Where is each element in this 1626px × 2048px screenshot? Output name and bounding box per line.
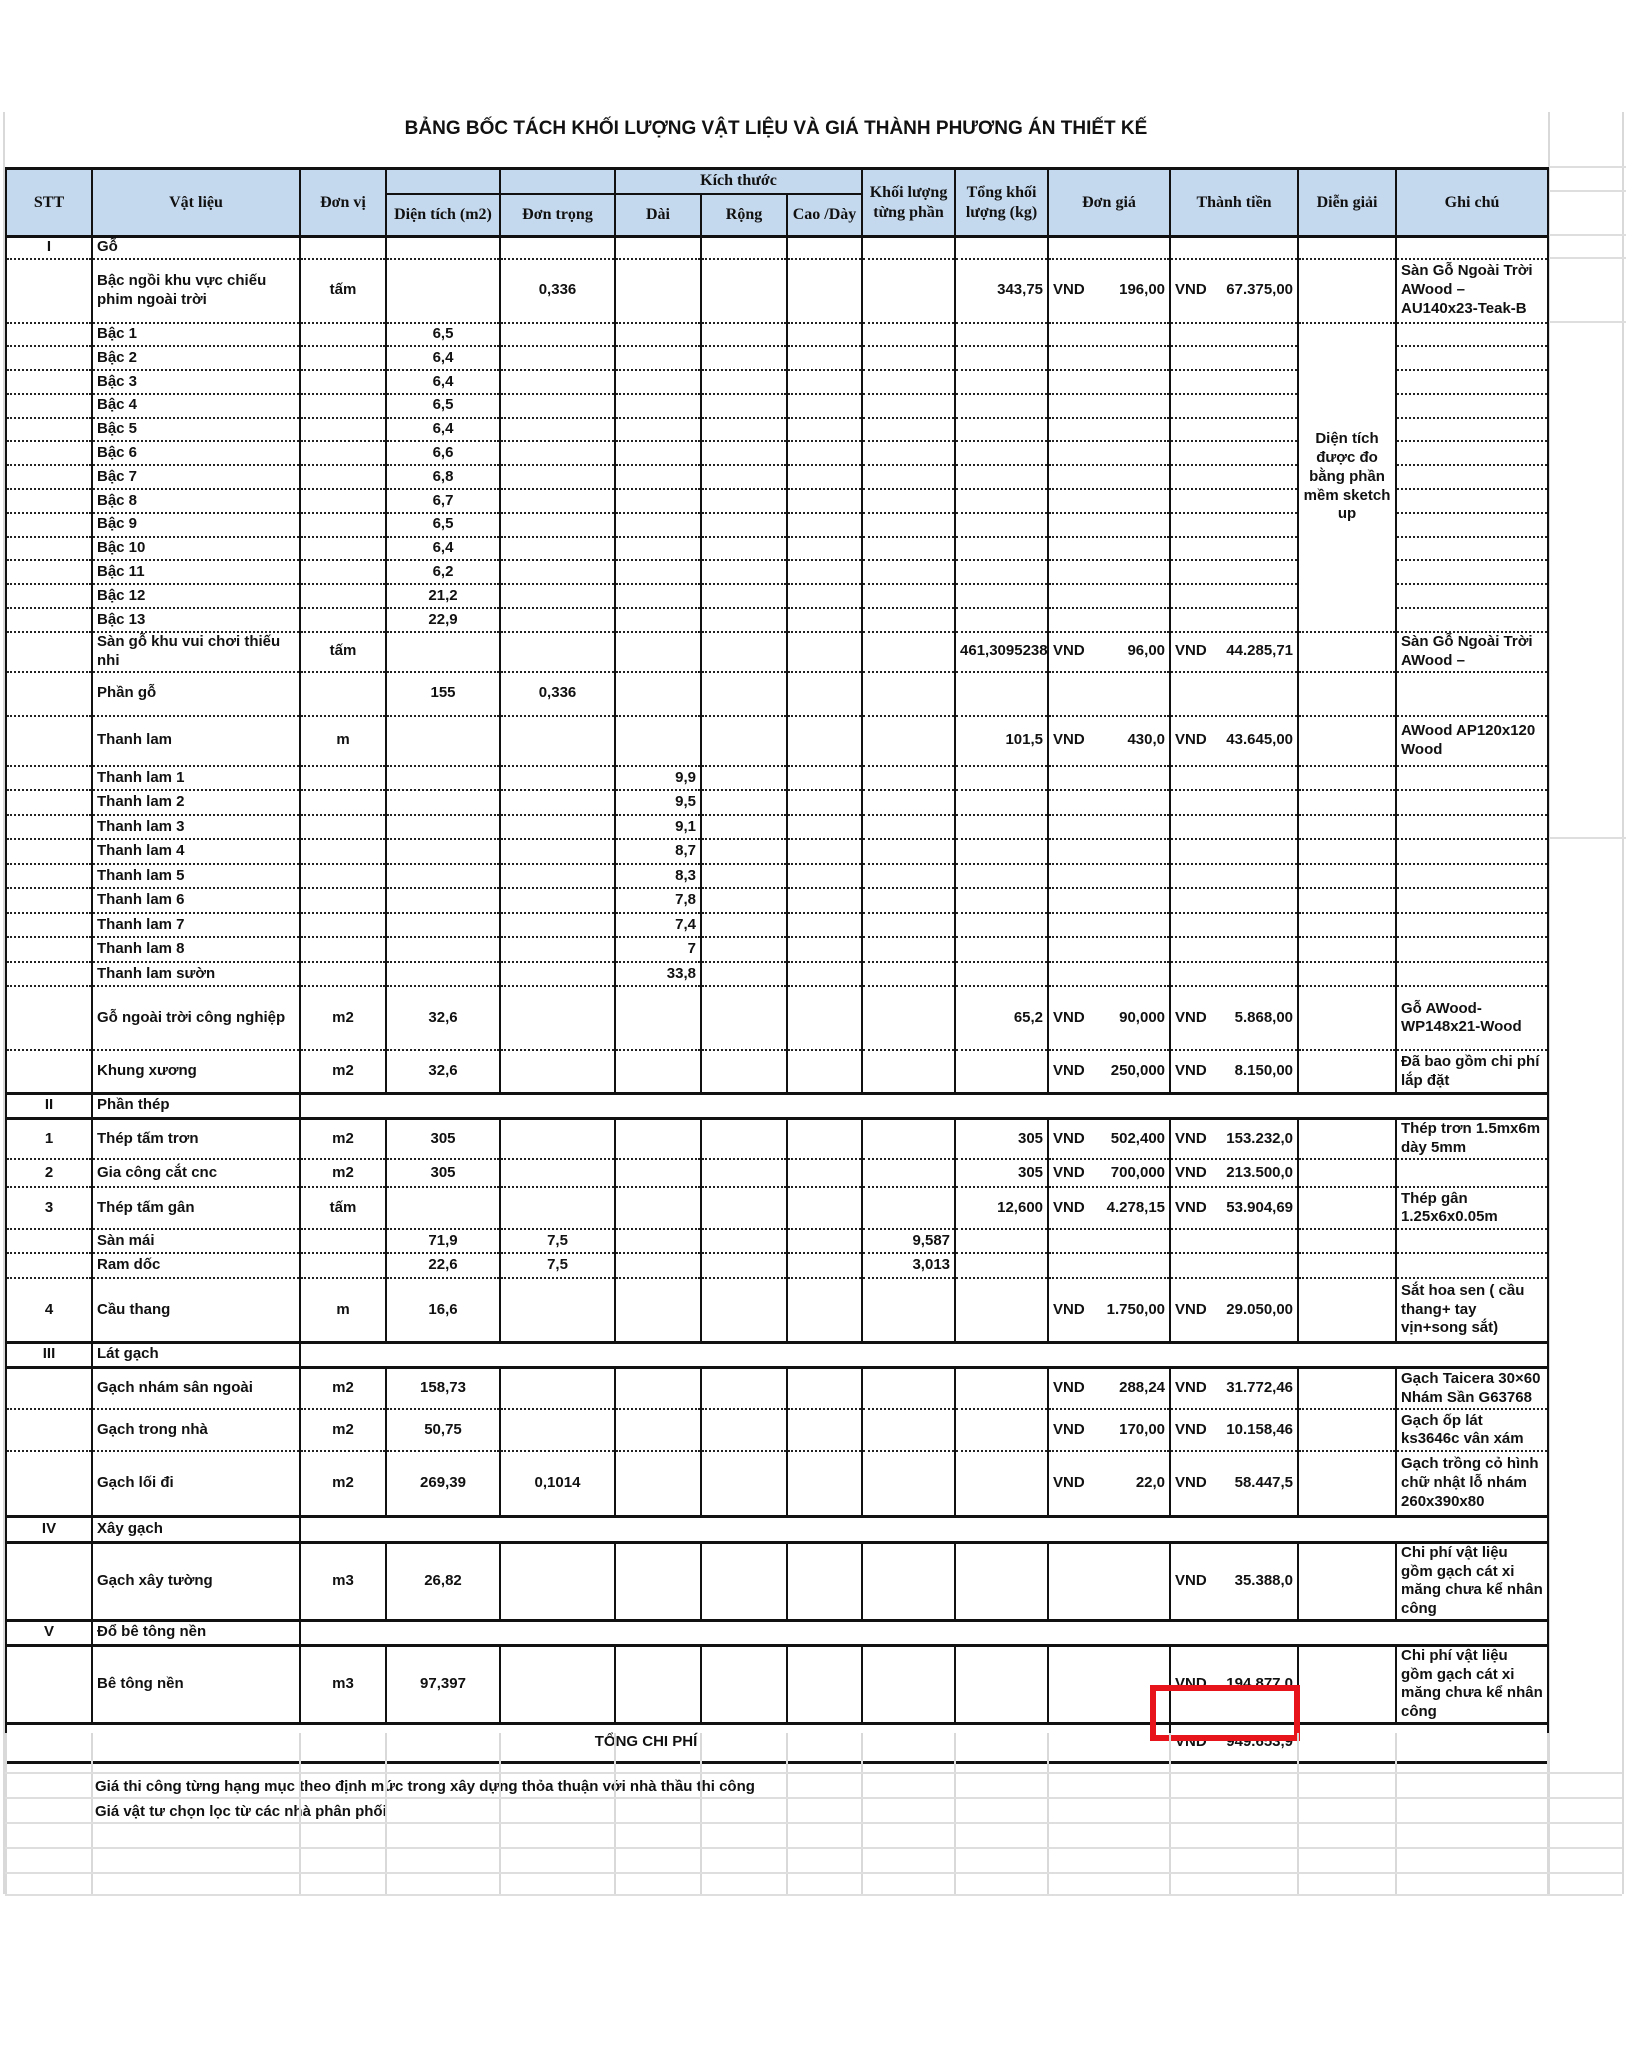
cell-rong xyxy=(701,716,787,766)
cell-stt: 3 xyxy=(6,1187,92,1229)
cell-tong-kl xyxy=(955,864,1048,889)
cell-tong-kl xyxy=(955,537,1048,561)
cell-rong xyxy=(701,672,787,716)
cell-thanh-tien: VND213.500,0 xyxy=(1170,1159,1298,1187)
cell-ghi-chu xyxy=(1396,489,1548,513)
cell-name: Bậc 4 xyxy=(92,394,300,418)
cell-cao xyxy=(787,1050,862,1093)
cell-name: Bậc 13 xyxy=(92,608,300,632)
cell-name: Bậc 1 xyxy=(92,323,300,347)
cell-don-trong xyxy=(500,489,615,513)
cell-unit xyxy=(300,937,386,962)
cell-stt: 4 xyxy=(6,1278,92,1342)
cell-thanh-tien xyxy=(1170,513,1298,537)
cell-unit: m xyxy=(300,1278,386,1342)
cell-stt xyxy=(6,346,92,370)
cell-kl-tung-phan xyxy=(862,346,955,370)
cell-dien-tich xyxy=(386,962,500,987)
cell-stt xyxy=(6,1367,92,1409)
cell-tong-kl xyxy=(955,323,1048,347)
cell-ghi-chu: Đã bao gồm chi phí lắp đặt xyxy=(1396,1050,1548,1093)
cell-ghi-chu xyxy=(1396,839,1548,864)
table-body: IGỗBậc ngồi khu vực chiếu phim ngoài trờ… xyxy=(6,237,1548,1763)
cell-don-gia xyxy=(1048,790,1170,815)
cell-cao xyxy=(787,937,862,962)
cell-don-trong xyxy=(500,1278,615,1342)
cell-kl-tung-phan xyxy=(862,962,955,987)
cell-name: Gạch lối đi xyxy=(92,1451,300,1516)
cell-unit xyxy=(300,394,386,418)
cell-ghi-chu xyxy=(1396,608,1548,632)
cell-don-gia xyxy=(1048,839,1170,864)
cell-name: Phần gỗ xyxy=(92,672,300,716)
table-header: STT Vật liệu Đơn vị Kích thước Khối lượn… xyxy=(6,169,1548,237)
cell-thanh-tien xyxy=(1170,913,1298,938)
cell-rong xyxy=(701,346,787,370)
cell-don-gia: VND170,00 xyxy=(1048,1409,1170,1451)
cell-kl-tung-phan xyxy=(862,513,955,537)
cell-dien-tich: 6,5 xyxy=(386,513,500,537)
cell-dai xyxy=(615,1367,701,1409)
cell-thanh-tien: VND58.447,5 xyxy=(1170,1451,1298,1516)
cell-ghi-chu: Sàn Gỗ Ngoài Trời AWood – AU140x23-Teak-… xyxy=(1396,259,1548,323)
cell-thanh-tien xyxy=(1170,560,1298,584)
cell-tong-kl xyxy=(955,584,1048,608)
cell-ghi-chu xyxy=(1396,513,1548,537)
cell-don-gia: VND96,00 xyxy=(1048,632,1170,672)
cell-don-gia: VND288,24 xyxy=(1048,1367,1170,1409)
cell-dien-giai xyxy=(1298,672,1396,716)
cell-tong-kl xyxy=(955,441,1048,465)
cell-tong-kl xyxy=(955,465,1048,489)
cell-tong-kl: 101,5 xyxy=(955,716,1048,766)
cell-rong xyxy=(701,1367,787,1409)
cell-tong-kl xyxy=(955,839,1048,864)
cell-don-gia xyxy=(1048,489,1170,513)
cell-don-trong xyxy=(500,1409,615,1451)
header-blank-1 xyxy=(386,169,500,194)
cell-dien-tich: 6,5 xyxy=(386,323,500,347)
cell-ghi-chu xyxy=(1396,441,1548,465)
cell-tong-kl: 343,75 xyxy=(955,259,1048,323)
cell-rong xyxy=(701,323,787,347)
cell-ghi-chu xyxy=(1396,370,1548,394)
cell-thanh-tien xyxy=(1170,608,1298,632)
cell-dien-giai xyxy=(1298,1253,1396,1278)
cell-dai xyxy=(615,1050,701,1093)
header-stt: STT xyxy=(6,169,92,237)
section-stt: I xyxy=(6,237,92,259)
cell-name: Bậc 9 xyxy=(92,513,300,537)
cell-cao xyxy=(787,323,862,347)
cell-tong-kl xyxy=(955,370,1048,394)
cell-kl-tung-phan xyxy=(862,1278,955,1342)
cell-dai xyxy=(615,465,701,489)
cell-stt xyxy=(6,1451,92,1516)
cell-tong-kl xyxy=(955,1409,1048,1451)
cell-dai xyxy=(615,1229,701,1253)
cell-rong xyxy=(701,1159,787,1187)
cell-cao xyxy=(787,584,862,608)
cell-don-gia xyxy=(1048,1229,1170,1253)
cell-cao xyxy=(787,537,862,561)
table-row: Thanh lam 87 xyxy=(6,937,1548,962)
cell-name: Bậc 5 xyxy=(92,418,300,442)
total-label: TỔNG CHI PHÍ xyxy=(6,1723,1170,1762)
cell-name: Sàn mái xyxy=(92,1229,300,1253)
cell-cao xyxy=(787,962,862,987)
cell-cao xyxy=(787,441,862,465)
cell-kl-tung-phan xyxy=(862,1451,955,1516)
cell-rong xyxy=(701,815,787,840)
cell-dien-tich xyxy=(386,716,500,766)
note-1: Giá thi công từng hạng mục theo định mức… xyxy=(95,1778,755,1795)
cell-dai: 33,8 xyxy=(615,962,701,987)
cell-ghi-chu: Gạch trồng cỏ hình chữ nhật lỗ nhám 260x… xyxy=(1396,1451,1548,1516)
cell-dien-tich: 21,2 xyxy=(386,584,500,608)
cell-dien-tich: 32,6 xyxy=(386,986,500,1050)
cell-kl-tung-phan xyxy=(862,323,955,347)
cell-rong xyxy=(701,465,787,489)
header-cao: Cao /Dày xyxy=(787,194,862,237)
cell-kl-tung-phan: 3,013 xyxy=(862,1253,955,1278)
cell-tong-kl xyxy=(955,888,1048,913)
header-dien-giai: Diễn giải xyxy=(1298,169,1396,237)
cell-don-gia xyxy=(1048,441,1170,465)
cell-unit xyxy=(300,839,386,864)
cell-rong xyxy=(701,418,787,442)
cell-cao xyxy=(787,632,862,672)
cell-dai: 9,1 xyxy=(615,815,701,840)
cell-don-trong xyxy=(500,937,615,962)
note-2: Giá vật tư chọn lọc từ các nhà phân phối xyxy=(95,1803,387,1820)
cell-dai: 9,5 xyxy=(615,790,701,815)
cell-stt xyxy=(6,1253,92,1278)
cell-tong-kl xyxy=(955,937,1048,962)
cell-rong xyxy=(701,441,787,465)
cell-don-trong xyxy=(500,962,615,987)
cell-kl-tung-phan xyxy=(862,766,955,791)
cell-don-trong xyxy=(500,1367,615,1409)
cell-don-trong xyxy=(500,418,615,442)
cell-kl-tung-phan xyxy=(862,418,955,442)
cell-don-gia xyxy=(1048,1253,1170,1278)
cell-rong xyxy=(701,1118,787,1159)
cell-thanh-tien xyxy=(1170,323,1298,347)
cell-dien-tich xyxy=(386,790,500,815)
cell-dien-tich: 269,39 xyxy=(386,1451,500,1516)
cell-kl-tung-phan xyxy=(862,259,955,323)
cell-dai xyxy=(615,1187,701,1229)
cell-unit: m xyxy=(300,716,386,766)
table-row: Bậc ngồi khu vực chiếu phim ngoài trờitấ… xyxy=(6,259,1548,323)
cell-stt: 2 xyxy=(6,1159,92,1187)
cell-kl-tung-phan xyxy=(862,489,955,513)
section-stt: IV xyxy=(6,1516,92,1542)
header-ghi-chu: Ghi chú xyxy=(1396,169,1548,237)
cell-unit xyxy=(300,1229,386,1253)
cell-unit xyxy=(300,560,386,584)
table-row: Sàn gỗ khu vui chơi thiếu nhitấm461,3095… xyxy=(6,632,1548,672)
cell-tong-kl xyxy=(955,766,1048,791)
cell-tong-kl: 12,600 xyxy=(955,1187,1048,1229)
cell-dai: 9,9 xyxy=(615,766,701,791)
cell-don-gia xyxy=(1048,962,1170,987)
cell-dien-giai xyxy=(1298,790,1396,815)
cell-thanh-tien: VND53.904,69 xyxy=(1170,1187,1298,1229)
cell-unit xyxy=(300,418,386,442)
cell-name: Thanh lam sườn xyxy=(92,962,300,987)
cell-thanh-tien: VND10.158,46 xyxy=(1170,1409,1298,1451)
cell-unit xyxy=(300,584,386,608)
cell-dai: 8,3 xyxy=(615,864,701,889)
cell-dien-giai xyxy=(1298,1050,1396,1093)
cell-cao xyxy=(787,790,862,815)
cell-rong xyxy=(701,1253,787,1278)
cell-dien-giai xyxy=(1298,864,1396,889)
cell-cao xyxy=(787,1118,862,1159)
cell-rong xyxy=(701,937,787,962)
cell-tong-kl xyxy=(955,1229,1048,1253)
cell-stt xyxy=(6,560,92,584)
cell-stt xyxy=(6,537,92,561)
cell-thanh-tien: VND35.388,0 xyxy=(1170,1542,1298,1620)
cell-ghi-chu xyxy=(1396,560,1548,584)
cell-stt xyxy=(6,888,92,913)
table-row: Thanh lam 77,4 xyxy=(6,913,1548,938)
cell-dai xyxy=(615,1451,701,1516)
cell-thanh-tien: VND43.645,00 xyxy=(1170,716,1298,766)
cell-dien-tich: 6,7 xyxy=(386,489,500,513)
cell-rong xyxy=(701,584,787,608)
cell-thanh-tien xyxy=(1170,864,1298,889)
cell-don-trong xyxy=(500,1050,615,1093)
table-row: Ram dốc22,67,53,013 xyxy=(6,1253,1548,1278)
cell-ghi-chu: Chi phí vật liệu gồm gạch cát xi măng ch… xyxy=(1396,1542,1548,1620)
cell-ghi-chu xyxy=(1396,864,1548,889)
cell-dien-tich: 26,82 xyxy=(386,1542,500,1620)
cell-dien-tich: 32,6 xyxy=(386,1050,500,1093)
cell-dien-tich: 71,9 xyxy=(386,1229,500,1253)
header-don-gia: Đơn giá xyxy=(1048,169,1170,237)
cell-unit: tấm xyxy=(300,632,386,672)
cell-cao xyxy=(787,259,862,323)
table-row: Thanh lam 39,1 xyxy=(6,815,1548,840)
cell-unit xyxy=(300,888,386,913)
cell-dien-tich xyxy=(386,937,500,962)
cell-name: Bậc 10 xyxy=(92,537,300,561)
cell-dien-giai xyxy=(1298,962,1396,987)
cell-unit: m2 xyxy=(300,1451,386,1516)
cell-don-trong: 0,336 xyxy=(500,672,615,716)
cell-dai xyxy=(615,394,701,418)
cell-dien-giai xyxy=(1298,937,1396,962)
cell-dien-tich xyxy=(386,913,500,938)
cell-thanh-tien: VND8.150,00 xyxy=(1170,1050,1298,1093)
cell-tong-kl: 65,2 xyxy=(955,986,1048,1050)
cell-ghi-chu xyxy=(1396,913,1548,938)
cell-stt xyxy=(6,489,92,513)
cell-rong xyxy=(701,632,787,672)
cell-cao xyxy=(787,1367,862,1409)
cell-thanh-tien: VND44.285,71 xyxy=(1170,632,1298,672)
cell-tong-kl xyxy=(955,815,1048,840)
cell-don-gia xyxy=(1048,584,1170,608)
cell-tong-kl xyxy=(955,346,1048,370)
cell-unit xyxy=(300,608,386,632)
cell-tong-kl xyxy=(955,672,1048,716)
cell-rong xyxy=(701,766,787,791)
cell-don-trong xyxy=(500,716,615,766)
cell-stt xyxy=(6,1409,92,1451)
cell-thanh-tien xyxy=(1170,766,1298,791)
cell-tong-kl xyxy=(955,560,1048,584)
cell-dai xyxy=(615,489,701,513)
cell-cao xyxy=(787,815,862,840)
cell-don-trong xyxy=(500,1118,615,1159)
cell-don-gia: VND430,0 xyxy=(1048,716,1170,766)
cell-ghi-chu xyxy=(1396,1253,1548,1278)
cell-ghi-chu: Gạch Taicera 30×60 Nhám Sần G63768 xyxy=(1396,1367,1548,1409)
cell-tong-kl xyxy=(955,489,1048,513)
cell-dien-tich: 22,9 xyxy=(386,608,500,632)
cell-cao xyxy=(787,346,862,370)
cell-tong-kl xyxy=(955,418,1048,442)
table-row: Thanh lam 58,3 xyxy=(6,864,1548,889)
cell-tong-kl xyxy=(955,962,1048,987)
cell-don-gia xyxy=(1048,465,1170,489)
cell-unit: m2 xyxy=(300,986,386,1050)
cell-dien-tich: 6,6 xyxy=(386,441,500,465)
table-row: Thanh lamm101,5VND430,0VND43.645,00AWood… xyxy=(6,716,1548,766)
cell-cao xyxy=(787,513,862,537)
cell-thanh-tien xyxy=(1170,394,1298,418)
cell-dai xyxy=(615,513,701,537)
cell-stt xyxy=(6,937,92,962)
cell-don-gia xyxy=(1048,672,1170,716)
cell-don-trong xyxy=(500,394,615,418)
table-row: 4Cầu thangm16,6VND1.750,00VND29.050,00Sắ… xyxy=(6,1278,1548,1342)
cell-don-gia xyxy=(1048,537,1170,561)
cell-dien-giai xyxy=(1298,1187,1396,1229)
cell-unit xyxy=(300,913,386,938)
cell-thanh-tien xyxy=(1170,937,1298,962)
cell-kl-tung-phan xyxy=(862,537,955,561)
cell-stt xyxy=(6,584,92,608)
cell-dai xyxy=(615,370,701,394)
cell-kl-tung-phan xyxy=(862,790,955,815)
header-don-trong: Đơn trọng xyxy=(500,194,615,237)
cell-dai xyxy=(615,632,701,672)
cell-kl-tung-phan xyxy=(862,394,955,418)
cell-kl-tung-phan xyxy=(862,839,955,864)
cell-dai xyxy=(615,1159,701,1187)
cell-rong xyxy=(701,1187,787,1229)
cell-dien-giai xyxy=(1298,1542,1396,1620)
header-kich-thuoc: Kích thước xyxy=(615,169,862,194)
cell-rong xyxy=(701,790,787,815)
cell-unit: tấm xyxy=(300,1187,386,1229)
cell-ghi-chu xyxy=(1396,888,1548,913)
cell-dien-giai xyxy=(1298,1451,1396,1516)
cell-ghi-chu xyxy=(1396,537,1548,561)
cell-ghi-chu: Thép trơn 1.5mx6m dày 5mm xyxy=(1396,1118,1548,1159)
cell-unit xyxy=(300,346,386,370)
cell-dien-giai xyxy=(1298,1645,1396,1723)
cell-thanh-tien xyxy=(1170,584,1298,608)
cell-cao xyxy=(787,888,862,913)
cell-cao xyxy=(787,1542,862,1620)
cell-dien-giai xyxy=(1298,986,1396,1050)
cell-don-gia xyxy=(1048,1542,1170,1620)
cell-ghi-chu: Gỗ AWood-WP148x21-Wood xyxy=(1396,986,1548,1050)
cell-rong xyxy=(701,394,787,418)
cell-ghi-chu xyxy=(1396,962,1548,987)
cell-thanh-tien xyxy=(1170,1253,1298,1278)
table-row: Bậc 16,5Diện tích được đo bằng phần mềm … xyxy=(6,323,1548,347)
cell-dai xyxy=(615,1278,701,1342)
cell-thanh-tien: VND29.050,00 xyxy=(1170,1278,1298,1342)
cell-ghi-chu xyxy=(1396,790,1548,815)
cell-don-trong xyxy=(500,584,615,608)
cell-dien-giai xyxy=(1298,716,1396,766)
cell-kl-tung-phan xyxy=(862,608,955,632)
cell-cao xyxy=(787,418,862,442)
header-dien-tich: Diện tích (m2) xyxy=(386,194,500,237)
table-row: 2Gia công cắt cncm2305305VND700,000VND21… xyxy=(6,1159,1548,1187)
cell-name: Thanh lam 3 xyxy=(92,815,300,840)
cell-don-trong xyxy=(500,1159,615,1187)
cell-kl-tung-phan xyxy=(862,888,955,913)
cell-unit xyxy=(300,537,386,561)
cell-kl-tung-phan xyxy=(862,1187,955,1229)
cell-don-trong xyxy=(500,986,615,1050)
cell-dai xyxy=(615,537,701,561)
cell-thanh-tien: VND67.375,00 xyxy=(1170,259,1298,323)
cell-stt xyxy=(6,766,92,791)
table-row: 1Thép tấm trơnm2305305VND502,400VND153.2… xyxy=(6,1118,1548,1159)
cell-dien-tich: 305 xyxy=(386,1118,500,1159)
cell-don-gia: VND250,000 xyxy=(1048,1050,1170,1093)
cell-don-gia xyxy=(1048,864,1170,889)
cell-don-trong xyxy=(500,790,615,815)
cell-don-trong xyxy=(500,839,615,864)
cell-thanh-tien: VND153.232,0 xyxy=(1170,1118,1298,1159)
cell-unit xyxy=(300,864,386,889)
section-name: Phần thép xyxy=(92,1093,300,1118)
cell-don-trong xyxy=(500,888,615,913)
cell-ghi-chu xyxy=(1396,346,1548,370)
cell-dien-tich: 305 xyxy=(386,1159,500,1187)
cell-don-trong xyxy=(500,346,615,370)
cell-dien-tich xyxy=(386,839,500,864)
cell-dien-tich: 155 xyxy=(386,672,500,716)
cell-don-gia xyxy=(1048,346,1170,370)
cell-dai xyxy=(615,323,701,347)
cell-cao xyxy=(787,672,862,716)
cell-rong xyxy=(701,1229,787,1253)
cell-don-trong xyxy=(500,513,615,537)
cell-rong xyxy=(701,1050,787,1093)
cell-ghi-chu: Thép gân 1.25x6x0.05m xyxy=(1396,1187,1548,1229)
cell-thanh-tien: VND31.772,46 xyxy=(1170,1367,1298,1409)
cell-stt: 1 xyxy=(6,1118,92,1159)
cell-dien-giai xyxy=(1298,839,1396,864)
cell-don-trong xyxy=(500,632,615,672)
cell-stt xyxy=(6,1542,92,1620)
cell-name: Thanh lam 6 xyxy=(92,888,300,913)
header-rong: Rộng xyxy=(701,194,787,237)
